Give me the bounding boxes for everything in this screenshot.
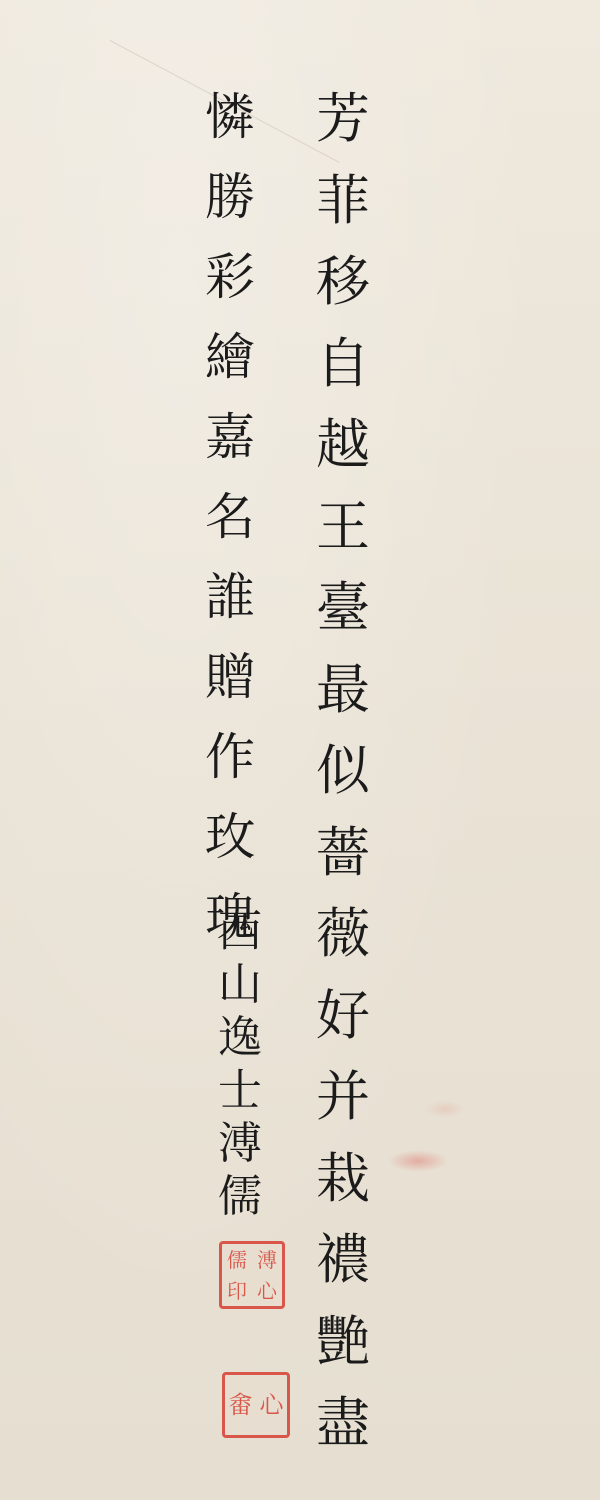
char: 并 bbox=[316, 1070, 370, 1152]
char: 似 bbox=[316, 744, 370, 826]
signature-char: 逸 bbox=[218, 1016, 262, 1069]
char: 嘉 bbox=[205, 412, 255, 492]
seal-xin-yu: 心 畬 bbox=[222, 1372, 290, 1438]
poem-column-2: 憐 勝 彩 繪 嘉 名 誰 贈 作 玫 瑰 bbox=[190, 92, 270, 972]
signature-char: 西 bbox=[218, 910, 262, 963]
char: 繪 bbox=[205, 332, 255, 412]
char: 好 bbox=[316, 989, 370, 1071]
seal-char: 溥 bbox=[257, 1250, 277, 1270]
char: 最 bbox=[316, 663, 370, 745]
poem-column-1: 芳 菲 移 自 越 王 臺 最 似 薔 薇 好 并 栽 禯 艷 盡 bbox=[298, 92, 388, 1478]
char: 盡 bbox=[316, 1396, 370, 1478]
char: 自 bbox=[316, 337, 370, 419]
char: 誰 bbox=[205, 572, 255, 652]
char: 芳 bbox=[316, 92, 370, 174]
char: 憐 bbox=[205, 92, 255, 172]
signature-char: 儒 bbox=[218, 1175, 262, 1228]
char: 王 bbox=[316, 500, 370, 582]
seal-pu-ru: 溥 心 儒 印 bbox=[219, 1241, 285, 1309]
signature-column: 西 山 逸 士 溥 儒 bbox=[205, 910, 275, 1228]
seal-char: 儒 bbox=[227, 1250, 247, 1270]
char: 越 bbox=[316, 418, 370, 500]
char: 彩 bbox=[205, 252, 255, 332]
seal-char: 心 bbox=[257, 1281, 277, 1301]
char: 臺 bbox=[316, 581, 370, 663]
char: 艷 bbox=[316, 1315, 370, 1397]
red-ink-smudge bbox=[425, 1100, 465, 1118]
char: 移 bbox=[316, 255, 370, 337]
char: 名 bbox=[205, 492, 255, 572]
char: 栽 bbox=[316, 1152, 370, 1234]
char: 薔 bbox=[316, 826, 370, 908]
signature-char: 溥 bbox=[218, 1122, 262, 1175]
signature-char: 山 bbox=[218, 963, 262, 1016]
seal-char: 心 bbox=[260, 1393, 284, 1417]
signature-char: 士 bbox=[218, 1069, 262, 1122]
char: 勝 bbox=[205, 172, 255, 252]
char: 薇 bbox=[316, 907, 370, 989]
red-ink-smudge bbox=[388, 1150, 448, 1172]
seal-char: 畬 bbox=[229, 1393, 253, 1417]
char: 玫 bbox=[205, 812, 255, 892]
char: 菲 bbox=[316, 174, 370, 256]
char: 禯 bbox=[316, 1233, 370, 1315]
char: 作 bbox=[205, 732, 255, 812]
char: 贈 bbox=[205, 652, 255, 732]
seal-char: 印 bbox=[227, 1281, 247, 1301]
